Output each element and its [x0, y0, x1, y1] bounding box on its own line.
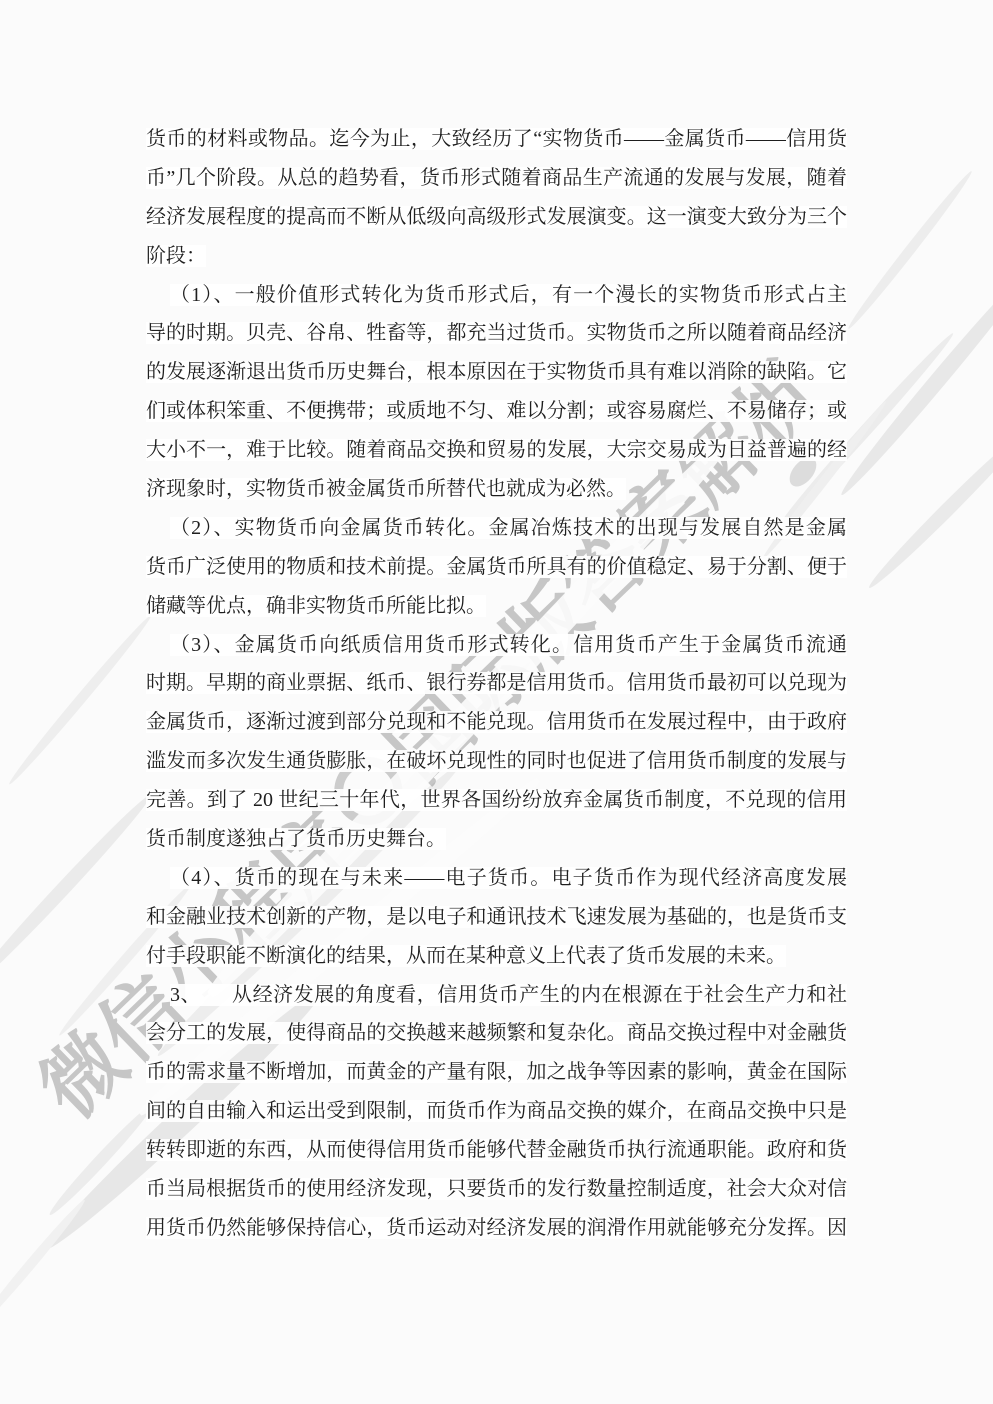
text-line: 3、 从经济发展的角度看，信用货币产生的内在根源在于社会生产力和社: [146, 976, 847, 1015]
text-line-content: 用货币仍然能够保持信心，货币运动对经济发展的润滑作用就能够充分发挥。因: [146, 1217, 847, 1239]
brush-streak: [5, 613, 154, 788]
brush-streak: [864, 427, 993, 592]
text-line: 币”几个阶段。从总的趋势看，货币形式随着商品生产流通的发展与发展，随着: [146, 159, 847, 198]
text-line: （4）、货币的现在与未来——电子货币。电子货币作为现代经济高度发展: [146, 859, 847, 898]
text-line-content: （3）、金属货币向纸质信用货币形式转化。信用货币产生于金属货币流通: [170, 634, 847, 656]
text-line: 货币制度遂独占了货币历史舞台。: [146, 820, 847, 859]
text-line-content: 币当局根据货币的使用经济发现，只要货币的发行数量控制适度，社会大众对信: [146, 1178, 847, 1200]
text-line: （1）、一般价值形式转化为货币形式后，有一个漫长的实物货币形式占主: [146, 276, 847, 315]
text-line-content: 大小不一，难于比较。随着商品交换和贸易的发展，大宗交易成为日益普遍的经: [146, 439, 847, 461]
document-page: 微信小程序 国际版答案解析 货币的材料或物品。迄今为止，大致经历了“实物货币——…: [0, 0, 993, 1404]
text-line-content: 济现象时，实物货币被金属货币所替代也就成为必然。: [146, 478, 626, 500]
text-line-content: 的发展逐渐退出货币历史舞台，根本原因在于实物货币具有难以消除的缺陷。它: [146, 361, 847, 383]
text-line-content: 货币的材料或物品。迄今为止，大致经历了“实物货币——金属货币——信用货: [146, 128, 847, 150]
text-line: 经济发展程度的提高而不断从低级向高级形式发展演变。这一演变大致分为三个: [146, 198, 847, 237]
text-line-content: 货币广泛使用的物质和技术前提。金属货币所具有的价值稳定、易于分割、便于: [146, 556, 847, 578]
text-line: 阶段：: [146, 237, 847, 276]
text-line: 储藏等优点，确非实物货币所能比拟。: [146, 587, 847, 626]
text-line-content: （1）、一般价值形式转化为货币形式后，有一个漫长的实物货币形式占主: [170, 284, 847, 306]
brush-streak: [0, 1197, 88, 1334]
text-line: 付手段职能不断演化的结果，从而在某种意义上代表了货币发展的未来。: [146, 937, 847, 976]
text-line: 导的时期。贝壳、谷帛、牲畜等，都充当过货币。实物货币之所以随着商品经济: [146, 314, 847, 353]
text-line: （3）、金属货币向纸质信用货币形式转化。信用货币产生于金属货币流通: [146, 626, 847, 665]
text-line-content: 完善。到了 20 世纪三十年代，世界各国纷纷放弃金属货币制度，不兑现的信用: [146, 789, 847, 811]
text-line-content: 导的时期。贝壳、谷帛、牲畜等，都充当过货币。实物货币之所以随着商品经济: [146, 322, 847, 344]
text-line: 完善。到了 20 世纪三十年代，世界各国纷纷放弃金属货币制度，不兑现的信用: [146, 781, 847, 820]
text-column: 货币的材料或物品。迄今为止，大致经历了“实物货币——金属货币——信用货币”几个阶…: [146, 120, 847, 1248]
text-line-content: 阶段：: [146, 245, 206, 267]
brush-streak: [45, 1101, 156, 1219]
text-line: 滥发而多次发生通货膨胀，在破坏兑现性的同时也促进了信用货币制度的发展与: [146, 742, 847, 781]
text-line-content: 间的自由输入和运出受到限制，而货币作为商品交换的媒介，在商品交换中只是: [146, 1100, 847, 1122]
text-line: 货币的材料或物品。迄今为止，大致经历了“实物货币——金属货币——信用货: [146, 120, 847, 159]
text-line-content: 们或体积笨重、不便携带；或质地不匀、难以分割；或容易腐烂、不易储存；或: [146, 400, 847, 422]
brush-streak: [835, 260, 993, 500]
text-line: 的发展逐渐退出货币历史舞台，根本原因在于实物货币具有难以消除的缺陷。它: [146, 353, 847, 392]
text-line-content: 时期。早期的商业票据、纸币、银行券都是信用货币。信用货币最初可以兑现为: [146, 672, 847, 694]
text-line-content: 币”几个阶段。从总的趋势看，货币形式随着商品生产流通的发展与发展，随着: [146, 167, 847, 189]
text-line: 转转即逝的东西，从而使得信用货币能够代替金融货币执行流通职能。政府和货: [146, 1131, 847, 1170]
text-line: 货币广泛使用的物质和技术前提。金属货币所具有的价值稳定、易于分割、便于: [146, 548, 847, 587]
text-line-content: 储藏等优点，确非实物货币所能比拟。: [146, 595, 486, 617]
text-line-content: 货币制度遂独占了货币历史舞台。: [146, 828, 446, 850]
text-line-content: 经济发展程度的提高而不断从低级向高级形式发展演变。这一演变大致分为三个: [146, 206, 847, 228]
text-line: 金属货币，逐渐过渡到部分兑现和不能兑现。信用货币在发展过程中，由于政府: [146, 703, 847, 742]
text-line: 用货币仍然能够保持信心，货币运动对经济发展的润滑作用就能够充分发挥。因: [146, 1209, 847, 1248]
brush-streak: [844, 168, 975, 332]
text-line-content: 会分工的发展，使得商品的交换越来越频繁和复杂化。商品交换过程中对金融货: [146, 1022, 847, 1044]
text-line: 们或体积笨重、不便携带；或质地不匀、难以分割；或容易腐烂、不易储存；或: [146, 392, 847, 431]
text-line: （2）、实物货币向金属货币转化。金属冶炼技术的出现与发展自然是金属: [146, 509, 847, 548]
text-line-content: 滥发而多次发生通货膨胀，在破坏兑现性的同时也促进了信用货币制度的发展与: [146, 750, 847, 772]
text-line-content: 3、 从经济发展的角度看，信用货币产生的内在根源在于社会生产力和社: [170, 984, 847, 1006]
text-line-content: （2）、实物货币向金属货币转化。金属冶炼技术的出现与发展自然是金属: [170, 517, 847, 539]
text-line-content: 和金融业技术创新的产物，是以电子和通讯技术飞速发展为基础的，也是货币支: [146, 906, 847, 928]
text-line: 时期。早期的商业票据、纸币、银行券都是信用货币。信用货币最初可以兑现为: [146, 664, 847, 703]
text-line-content: 币的需求量不断增加，而黄金的产量有限，加之战争等因素的影响，黄金在国际: [146, 1061, 847, 1083]
text-line: 间的自由输入和运出受到限制，而货币作为商品交换的媒介，在商品交换中只是: [146, 1092, 847, 1131]
text-line: 大小不一，难于比较。随着商品交换和贸易的发展，大宗交易成为日益普遍的经: [146, 431, 847, 470]
text-line: 币的需求量不断增加，而黄金的产量有限，加之战争等因素的影响，黄金在国际: [146, 1053, 847, 1092]
text-line-content: 金属货币，逐渐过渡到部分兑现和不能兑现。信用货币在发展过程中，由于政府: [146, 711, 847, 733]
text-line: 济现象时，实物货币被金属货币所替代也就成为必然。: [146, 470, 847, 509]
text-line-content: 付手段职能不断演化的结果，从而在某种意义上代表了货币发展的未来。: [146, 945, 786, 967]
text-line: 币当局根据货币的使用经济发现，只要货币的发行数量控制适度，社会大众对信: [146, 1170, 847, 1209]
text-line: 和金融业技术创新的产物，是以电子和通讯技术飞速发展为基础的，也是货币支: [146, 898, 847, 937]
brush-streak: [0, 790, 156, 990]
text-line: 会分工的发展，使得商品的交换越来越频繁和复杂化。商品交换过程中对金融货: [146, 1014, 847, 1053]
text-line-content: 转转即逝的东西，从而使得信用货币能够代替金融货币执行流通职能。政府和货: [146, 1139, 847, 1161]
text-line-content: （4）、货币的现在与未来——电子货币。电子货币作为现代经济高度发展: [170, 867, 847, 889]
